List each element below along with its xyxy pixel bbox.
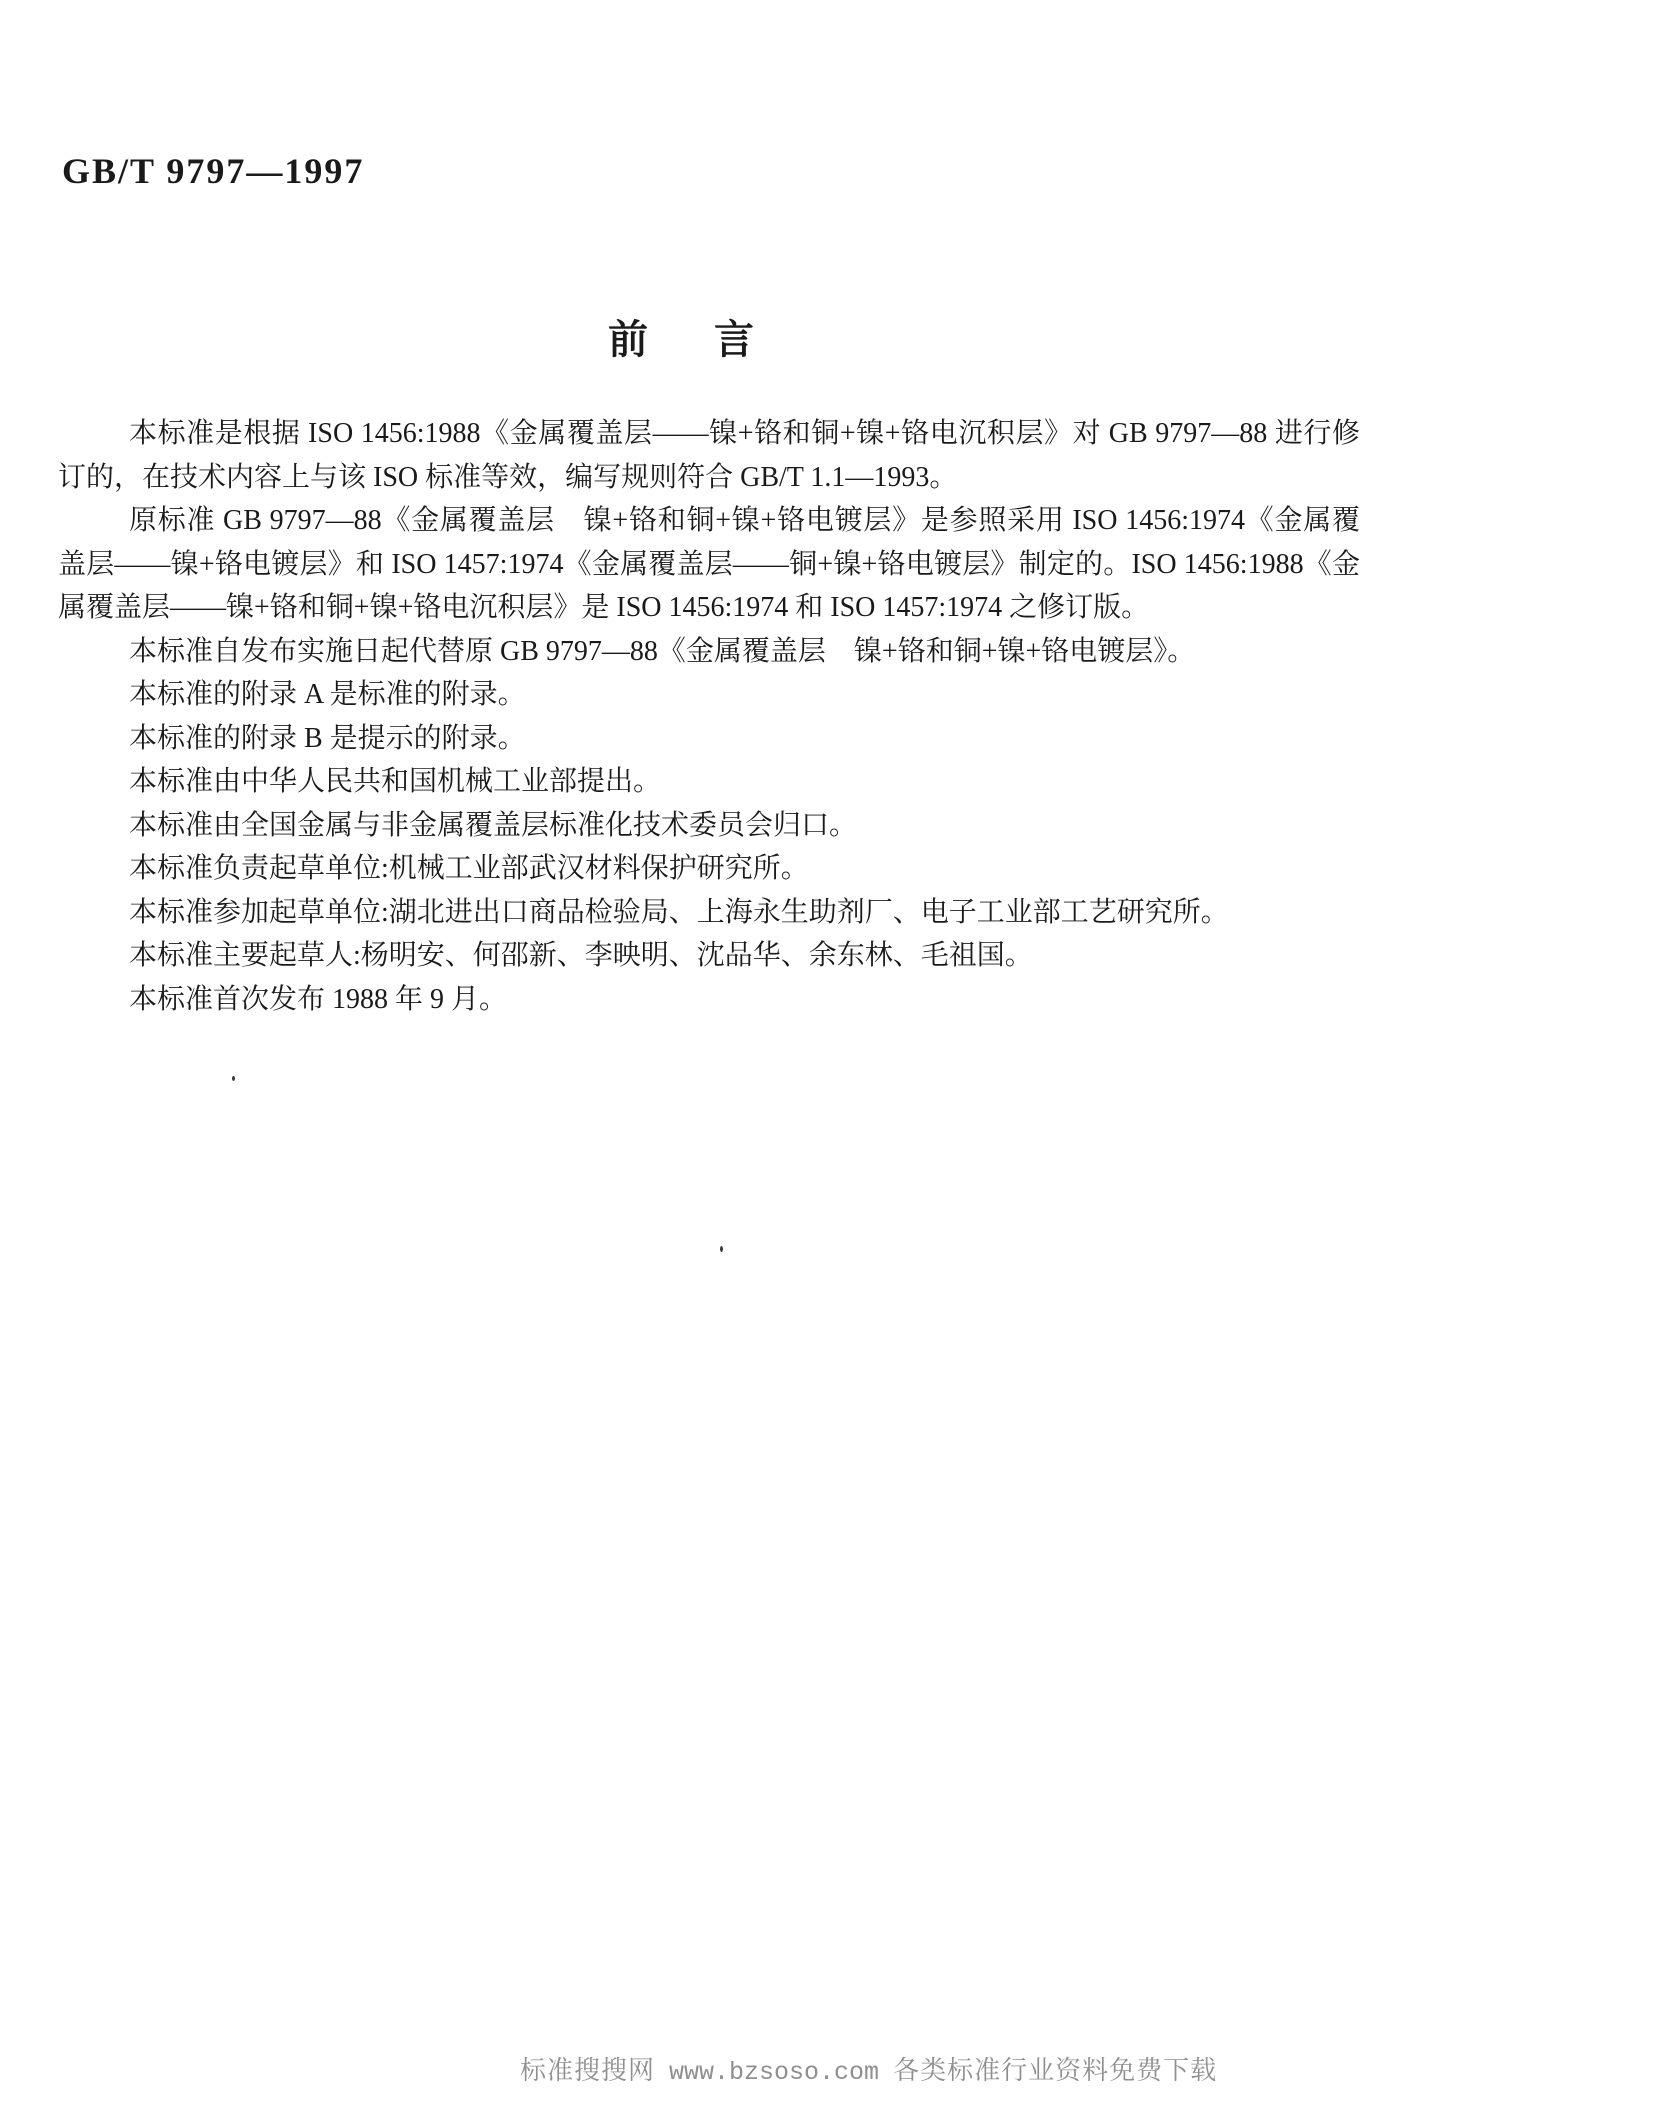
foreword-paragraph: 原标准 GB 9797—88《金属覆盖层 镍+铬和铜+镍+铬电镀层》是参照采用 … — [58, 499, 1360, 630]
document-page: GB/T 9797—1997 前 言 本标准是根据 ISO 1456:1988《… — [0, 0, 1675, 2112]
watermark-site-name: 标准搜搜网 — [520, 2050, 655, 2087]
foreword-paragraph: 本标准参加起草单位:湖北进出口商品检验局、上海永生助剂厂、电子工业部工艺研究所。 — [58, 891, 1360, 935]
foreword-paragraph: 本标准的附录 A 是标准的附录。 — [58, 673, 1360, 717]
foreword-paragraph: 本标准由全国金属与非金属覆盖层标准化技术委员会归口。 — [58, 804, 1360, 848]
foreword-paragraph: 本标准是根据 ISO 1456:1988《金属覆盖层——镍+铬和铜+镍+铬电沉积… — [58, 412, 1360, 499]
page-title-char-qian: 前 — [608, 320, 648, 360]
watermark-tagline: 各类标准行业资料免费下载 — [893, 2050, 1217, 2087]
scan-speck — [720, 1246, 723, 1252]
watermark-footer: 标准搜搜网 www.bzsoso.com 各类标准行业资料免费下载 — [520, 2050, 1217, 2087]
foreword-paragraph: 本标准首次发布 1988 年 9 月。 — [58, 978, 1360, 1022]
foreword-paragraph: 本标准主要起草人:杨明安、何邵新、李映明、沈品华、余东林、毛祖国。 — [58, 934, 1360, 978]
page-title: 前 言 — [608, 320, 754, 360]
foreword-paragraph: 本标准由中华人民共和国机械工业部提出。 — [58, 760, 1360, 804]
foreword-paragraph: 本标准自发布实施日起代替原 GB 9797—88《金属覆盖层 镍+铬和铜+镍+铬… — [58, 630, 1360, 674]
foreword-paragraph: 本标准负责起草单位:机械工业部武汉材料保护研究所。 — [58, 847, 1360, 891]
watermark-url: www.bzsoso.com — [669, 2058, 879, 2087]
foreword-body: 本标准是根据 ISO 1456:1988《金属覆盖层——镍+铬和铜+镍+铬电沉积… — [58, 412, 1360, 1021]
foreword-paragraph: 本标准的附录 B 是提示的附录。 — [58, 717, 1360, 761]
standard-number: GB/T 9797—1997 — [62, 150, 364, 192]
scan-speck — [232, 1076, 235, 1081]
page-title-char-yan: 言 — [714, 320, 754, 360]
